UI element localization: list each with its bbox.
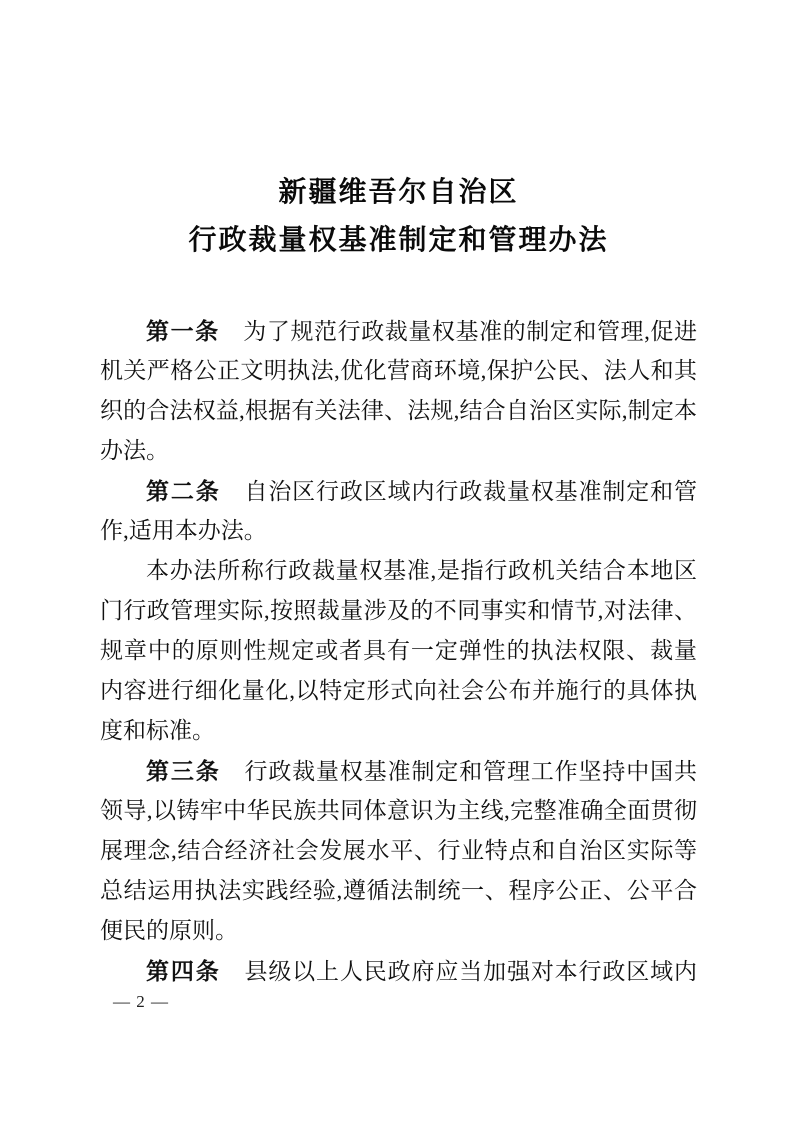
document-content: 新疆维吾尔自治区 行政裁量权基准制定和管理办法 第一条 为了规范行政裁量权基准的…: [100, 0, 697, 991]
body-line: 第一条 为了规范行政裁量权基准的制定和管理,促进行政: [100, 311, 697, 351]
body-line: 第二条 自治区行政区域内行政裁量权基准制定和管理工: [100, 471, 697, 511]
article-number: 第一条: [146, 318, 220, 344]
body-line: 本办法所称行政裁量权基准,是指行政机关结合本地区本部: [100, 551, 697, 591]
body-line: 领导,以铸牢中华民族共同体意识为主线,完整准确全面贯彻新发: [100, 791, 697, 831]
title-line-measures: 行政裁量权基准制定和管理办法: [100, 216, 697, 264]
body-line: 展理念,结合经济社会发展水平、行业特点和自治区实际等因素,: [100, 831, 697, 871]
body-line: 规章中的原则性规定或者具有一定弹性的执法权限、裁量幅度等: [100, 631, 697, 671]
document-page: 新疆维吾尔自治区 行政裁量权基准制定和管理办法 第一条 为了规范行政裁量权基准的…: [0, 0, 793, 1122]
body-line: 办法。: [100, 431, 697, 471]
page-number: — 2 —: [113, 992, 169, 1011]
article-number: 第二条: [146, 478, 221, 504]
body-line: 织的合法权益,根据有关法律、法规,结合自治区实际,制定本: [100, 391, 697, 431]
title-line-region: 新疆维吾尔自治区: [100, 168, 697, 216]
document-body: 第一条 为了规范行政裁量权基准的制定和管理,促进行政机关严格公正文明执法,优化营…: [100, 311, 697, 991]
body-line: 第三条 行政裁量权基准制定和管理工作坚持中国共产党的: [100, 751, 697, 791]
page-footer: — 2 —: [113, 992, 169, 1012]
body-line: 门行政管理实际,按照裁量涉及的不同事实和情节,对法律、法规、: [100, 591, 697, 631]
body-line: 内容进行细化量化,以特定形式向社会公布并施行的具体执法尺: [100, 671, 697, 711]
body-line: 总结运用执法实践经验,遵循法制统一、程序公正、公平合理、高效: [100, 871, 697, 911]
body-line: 机关严格公正文明执法,优化营商环境,保护公民、法人和其他组: [100, 351, 697, 391]
article-number: 第四条: [146, 958, 221, 984]
article-number: 第三条: [146, 758, 221, 784]
document-title: 新疆维吾尔自治区 行政裁量权基准制定和管理办法: [100, 168, 697, 264]
body-line: 作,适用本办法。: [100, 511, 697, 551]
body-line: 便民的原则。: [100, 911, 697, 951]
body-line: 第四条 县级以上人民政府应当加强对本行政区域内行政裁: [100, 951, 697, 991]
body-line: 度和标准。: [100, 711, 697, 751]
